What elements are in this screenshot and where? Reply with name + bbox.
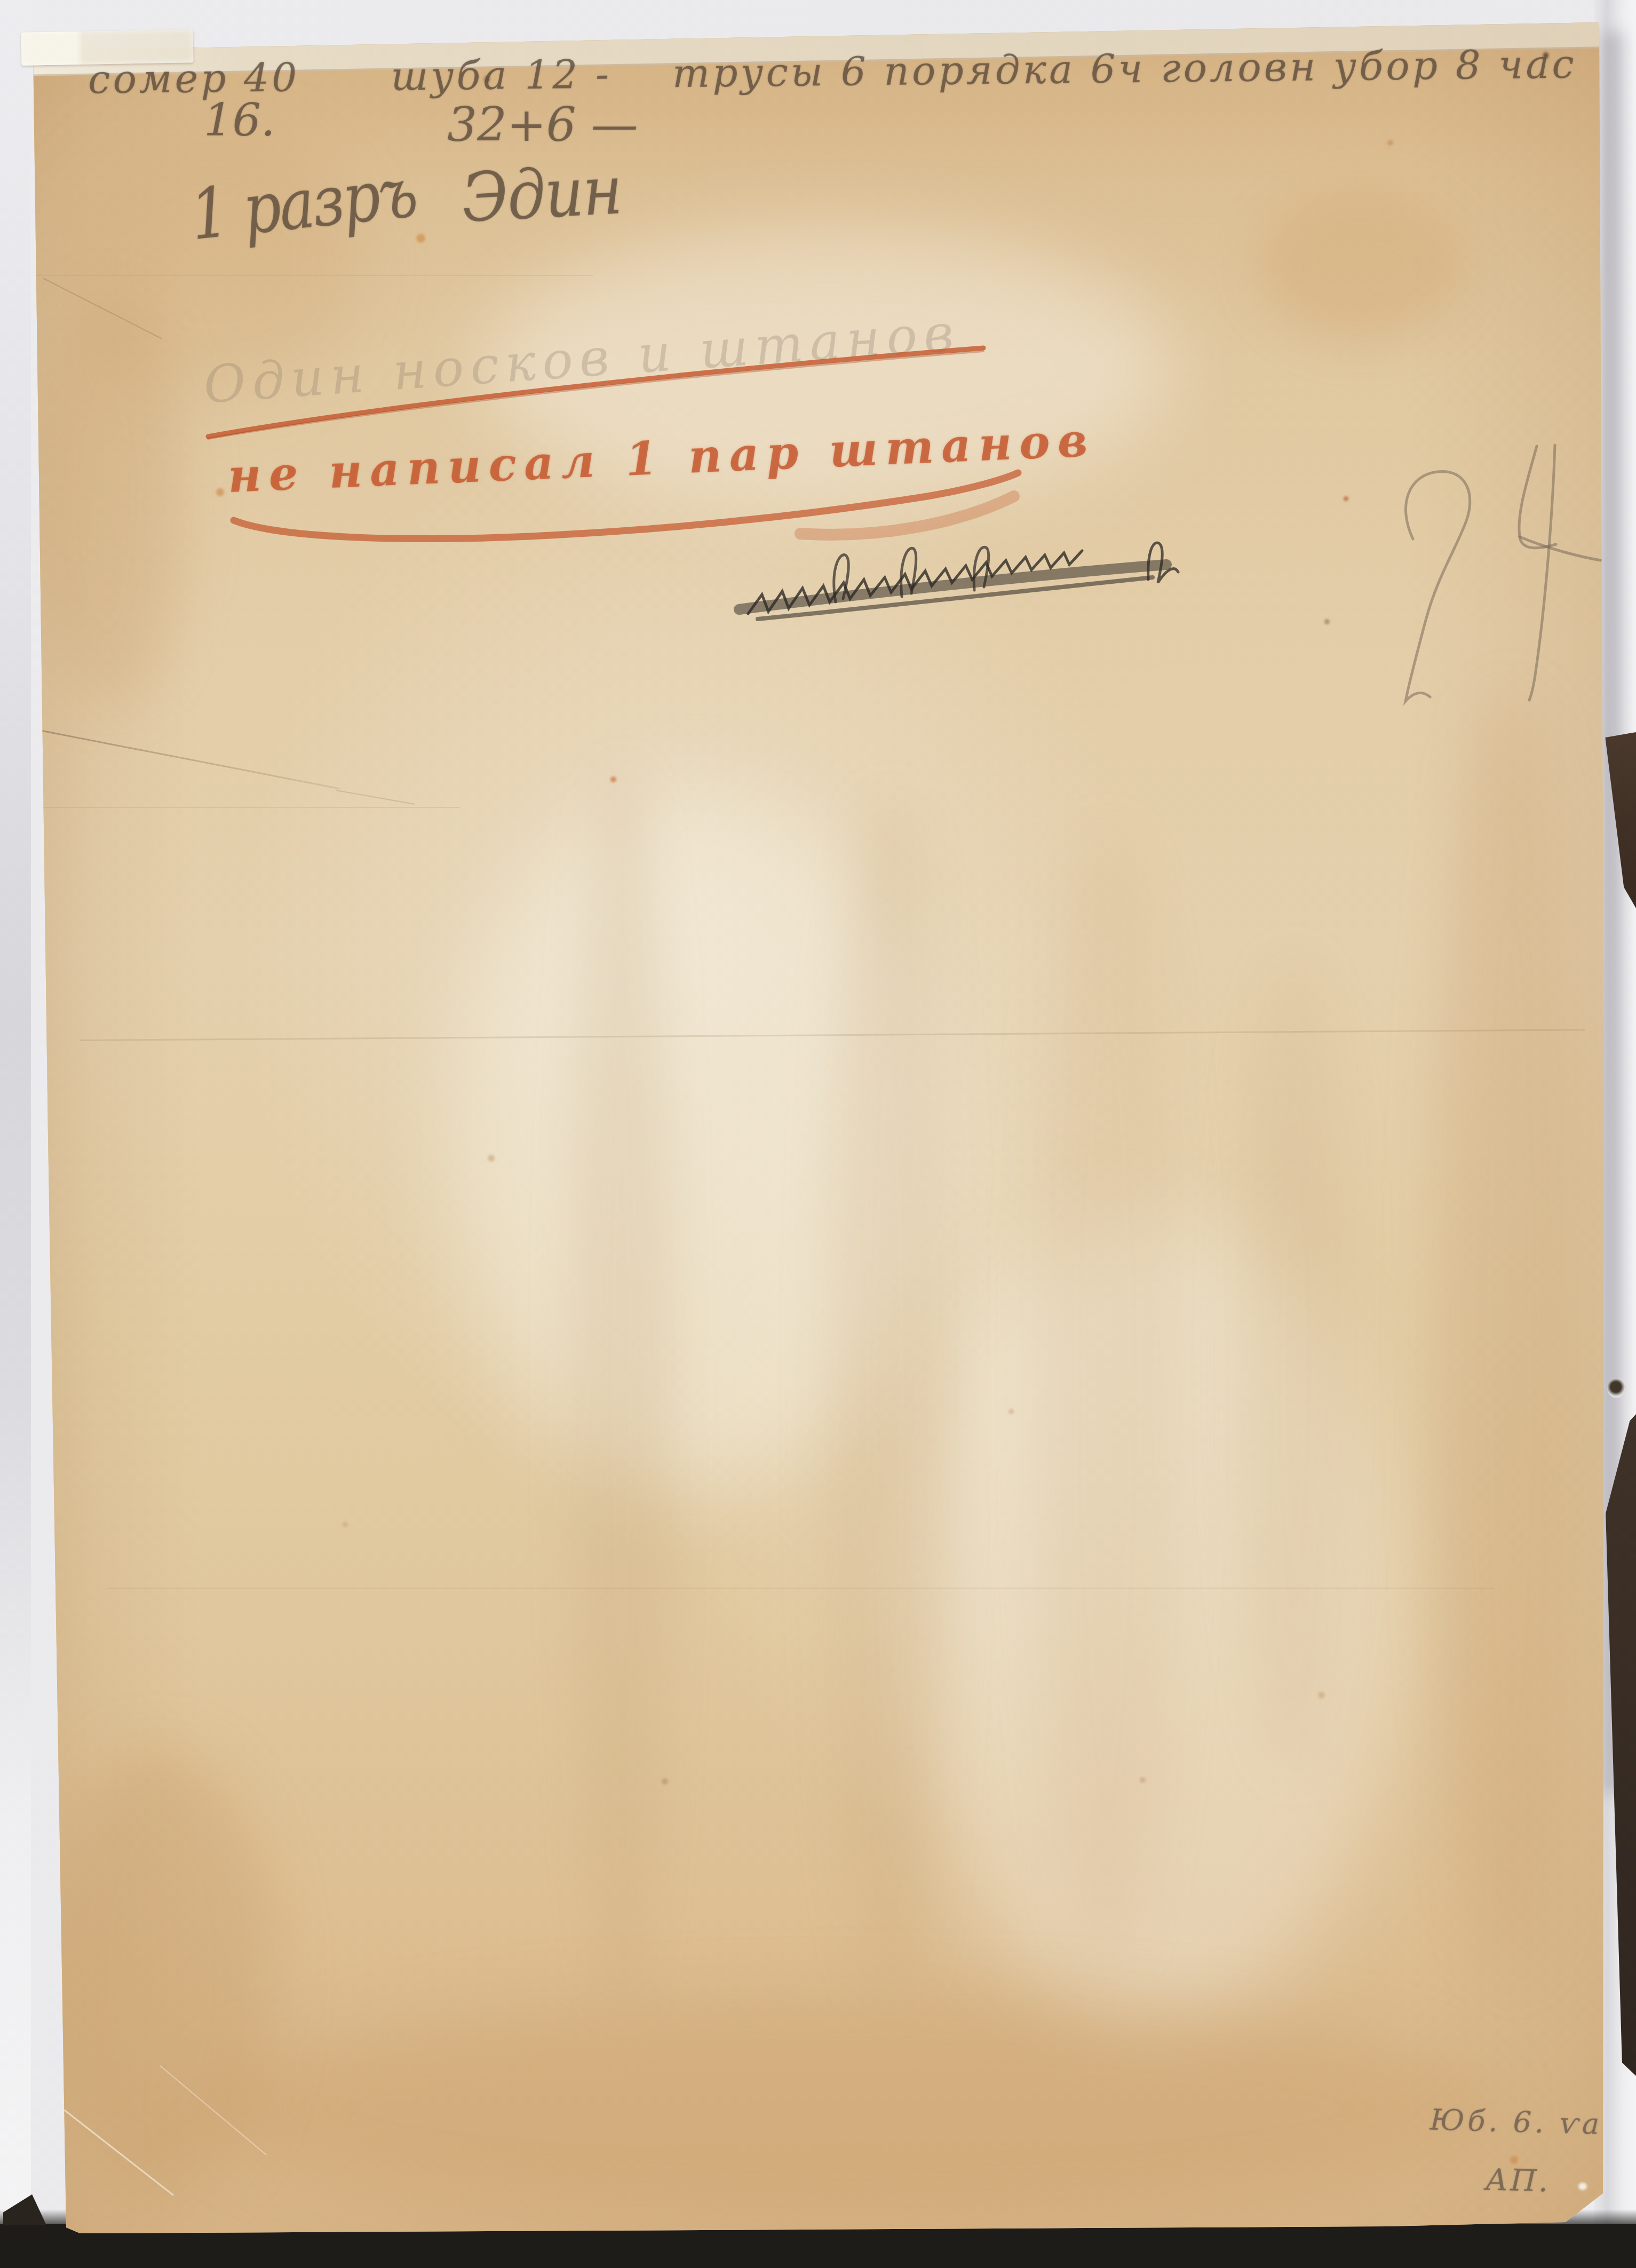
red-strike-line bbox=[208, 348, 983, 439]
backdrop-left-strip bbox=[0, 0, 31, 2268]
paper-sheet: сомер 40 шуба 12 - трусы 6 порядка 6ч го… bbox=[0, 0, 1636, 2268]
photographed-document: сомер 40 шуба 12 - трусы 6 порядка 6ч го… bbox=[0, 0, 1636, 2268]
tape-fragment bbox=[21, 29, 193, 66]
stroke-overlay bbox=[0, 0, 1636, 2268]
scribble-mark bbox=[739, 543, 1178, 619]
screw-hole bbox=[1607, 1378, 1626, 1398]
red-underline bbox=[234, 473, 1018, 538]
page-number-24 bbox=[1405, 445, 1601, 701]
